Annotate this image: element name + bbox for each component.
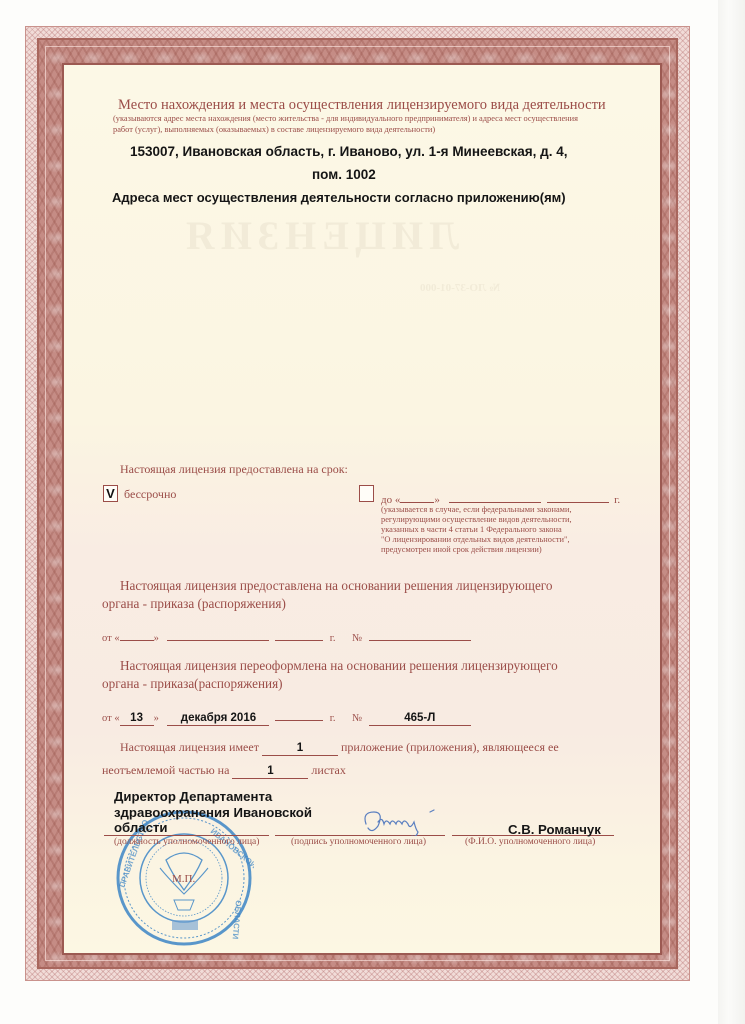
position-signature-line	[104, 834, 269, 836]
reissued-day-field[interactable]: 13	[120, 711, 154, 726]
activity-places-text: Адреса мест осуществления деятельности с…	[112, 190, 566, 205]
address-line2: пом. 1002	[312, 167, 376, 182]
granted-basis-line2: органа - приказа (распоряжения)	[102, 596, 286, 612]
term-until-note: (указывается в случае, если федеральными…	[381, 505, 572, 555]
term-label: Настоящая лицензия предоставлена на срок…	[120, 462, 348, 477]
stamp-mp-label: М.П.	[172, 873, 195, 885]
show-through-number: № ЛО-37-01-000	[420, 282, 500, 294]
term-note-line: предусмотрен иной срок действия лицензии…	[381, 545, 572, 555]
term-until-month-field[interactable]	[449, 488, 541, 503]
granted-day-field[interactable]	[120, 626, 154, 641]
term-note-line: указанных в части 4 статьи 1 Федеральног…	[381, 525, 572, 535]
term-indefinite-checkbox[interactable]: V	[103, 485, 118, 502]
reissued-month-year-field[interactable]: декабря 2016	[167, 711, 269, 726]
term-note-line: регулирующими осуществление видов деятел…	[381, 515, 572, 525]
term-until-row: до «» г.	[381, 488, 620, 506]
reissued-year-field[interactable]	[275, 706, 323, 721]
location-note-line2: работ (услуг), выполняемых (оказываемых)…	[113, 125, 435, 134]
granted-from-prefix: от «	[102, 633, 120, 644]
reissued-quote-close: »	[154, 713, 159, 724]
signatory-position: Директор Департамента здравоохранения Ив…	[114, 789, 312, 836]
appendix-line2-after: листах	[311, 763, 345, 777]
location-heading: Место нахождения и места осуществления л…	[118, 97, 606, 114]
granted-quote-close: »	[154, 633, 159, 644]
reissued-number-label: №	[352, 713, 362, 724]
appendix-row1: Настоящая лицензия имеет 1 приложение (п…	[120, 740, 559, 756]
term-indefinite-label: бессрочно	[124, 487, 176, 502]
term-until-year-suffix: г.	[614, 494, 620, 506]
term-note-line: "О лицензировании отдельных видов деятел…	[381, 535, 572, 545]
granted-basis-line1: Настоящая лицензия предоставлена на осно…	[120, 578, 552, 594]
location-note-line1: (указываются адрес места нахождения (мес…	[113, 114, 578, 123]
caption-name: (Ф.И.О. уполномоченного лица)	[465, 837, 595, 847]
appendix-text-after: приложение (приложения), являющееся ее	[341, 740, 559, 754]
signatory-name: С.В. Романчук	[508, 822, 601, 837]
appendix-sheets-field[interactable]: 1	[232, 764, 308, 779]
granted-number-label: №	[352, 633, 362, 644]
granted-month-year-field[interactable]	[167, 626, 269, 641]
caption-signature: (подпись уполномоченного лица)	[291, 837, 426, 847]
reissued-number-field[interactable]: 465-Л	[369, 711, 471, 726]
granted-number-field[interactable]	[369, 626, 471, 641]
granted-year-field[interactable]	[275, 626, 323, 641]
scanner-sheet-edge	[718, 0, 745, 1024]
handwritten-signature	[360, 806, 460, 836]
address-line1: 153007, Ивановская область, г. Иваново, …	[130, 144, 567, 159]
granted-basis-order-row: от «» г. №	[102, 626, 471, 644]
appendix-text-before: Настоящая лицензия имеет	[120, 740, 259, 754]
signatory-position-line1: Директор Департамента	[114, 789, 312, 805]
appendix-line2-before: неотъемлемой частью на	[102, 763, 229, 777]
signatory-position-line2: здравоохранения Ивановской	[114, 805, 312, 821]
appendix-count-field[interactable]: 1	[262, 741, 338, 756]
show-through-title: ЛИЦЕНЗИЯ	[180, 212, 459, 259]
term-until-year-field[interactable]	[547, 488, 609, 503]
reissued-basis-order-row: от «13» декабря 2016 г. № 465-Л	[102, 706, 471, 726]
svg-text:ОБЛАСТИ: ОБЛАСТИ	[231, 900, 243, 940]
reissued-from-prefix: от «	[102, 713, 120, 724]
granted-year-suffix: г.	[330, 633, 336, 644]
reissued-basis-line1: Настоящая лицензия переоформлена на осно…	[120, 658, 558, 674]
term-until-checkbox[interactable]	[359, 485, 374, 502]
reissued-basis-line2: органа - приказа(распоряжения)	[102, 676, 283, 692]
appendix-row2: неотъемлемой частью на 1 листах	[102, 763, 346, 779]
caption-position: (должность уполномоченного лица)	[114, 837, 259, 847]
reissued-year-suffix: г.	[330, 713, 336, 724]
term-note-line: (указывается в случае, если федеральными…	[381, 505, 572, 515]
term-until-day-field[interactable]	[400, 488, 434, 503]
